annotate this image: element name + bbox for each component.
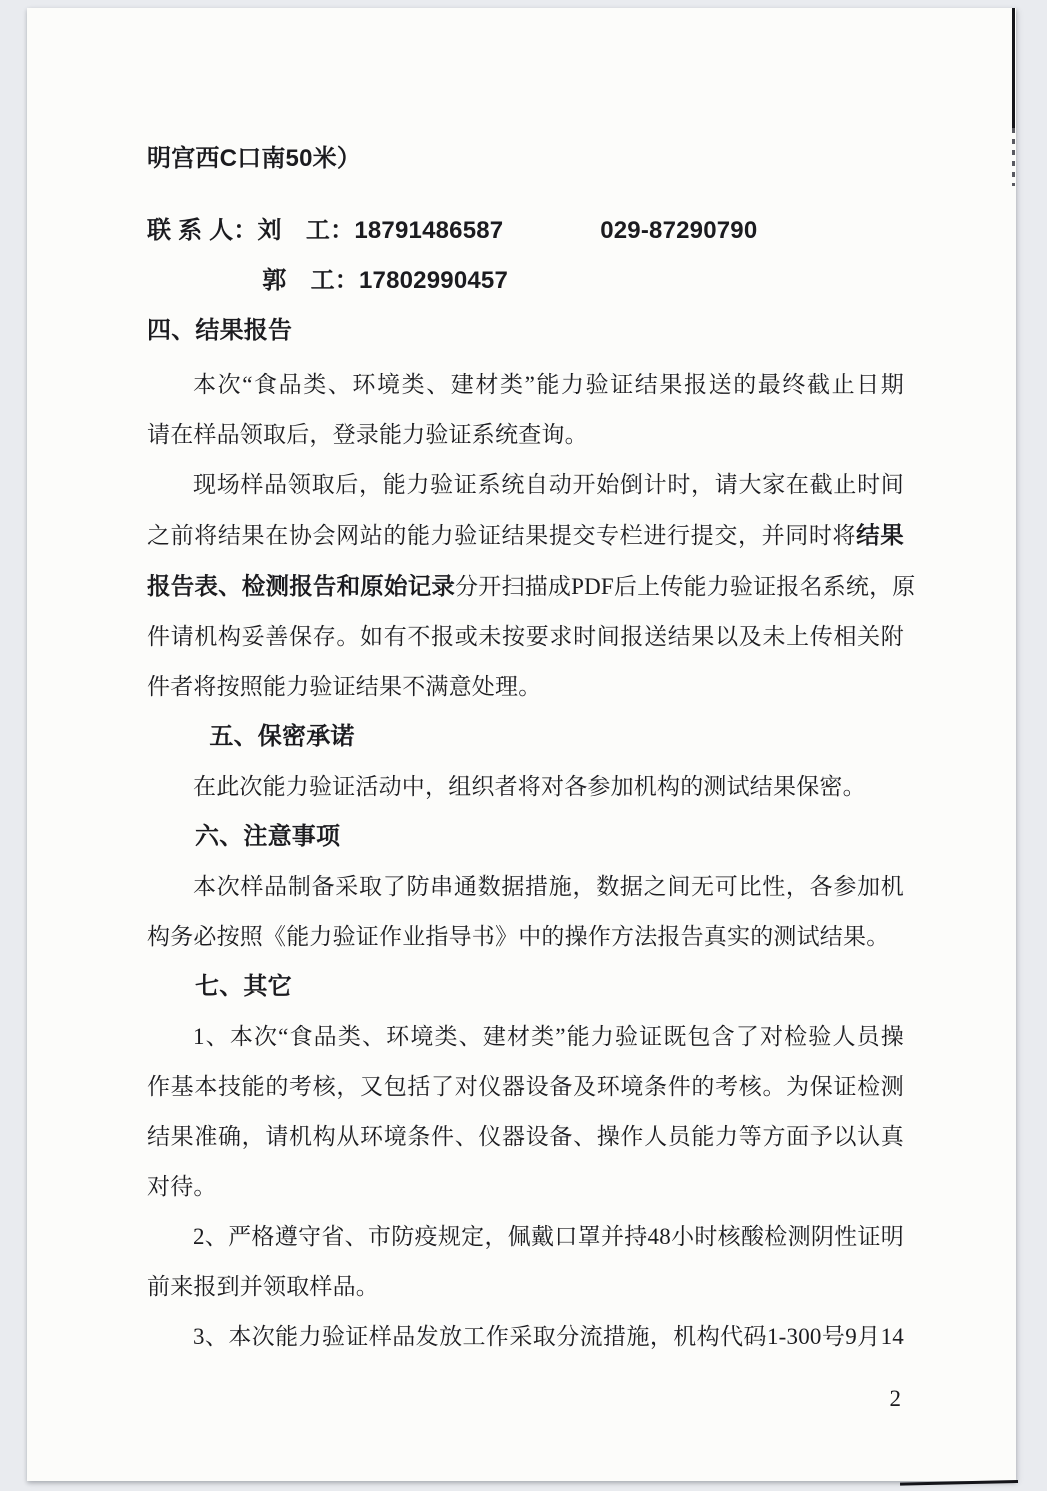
text-line: 前来报到并领取样品。 [147, 1262, 904, 1312]
contact-liu: 联 系 人：刘 工：18791486587 029-87290790 [147, 206, 904, 256]
para-other-2: 2、严格遵守省、市防疫规定，佩戴口罩并持48小时核酸检测阴性证明前来报到并领取样… [147, 1212, 904, 1312]
heading-notes: 六、注意事项 [147, 812, 904, 862]
document-page: 明宫西C口南50米）联 系 人：刘 工：18791486587 029-8729… [27, 8, 1016, 1481]
text-line: 对待。 [147, 1162, 904, 1212]
contact-line-liu: 联 系 人：刘 工：18791486587 029-87290790 [147, 206, 904, 256]
heading-section-6: 六、注意事项 [147, 812, 904, 862]
text-line: 本次样品制备采取了防串通数据措施，数据之间无可比性，各参加机 [147, 862, 904, 912]
scan-edge-dots-right [1012, 128, 1015, 186]
text-line: 构务必按照《能力验证作业指导书》中的操作方法报告真实的测试结果。 [147, 912, 904, 962]
text-line: 报告表、检测报告和原始记录分开扫描成PDF后上传能力验证报名系统，原 [147, 561, 904, 612]
para-other-1: 1、本次“食品类、环境类、建材类”能力验证既包含了对检验人员操作基本技能的考核，… [147, 1012, 904, 1212]
contact-line-guo: 郭 工：17802990457 [147, 256, 904, 306]
text-line: 现场样品领取后，能力验证系统自动开始倒计时，请大家在截止时间 [147, 460, 904, 510]
heading-section-5: 五、保密承诺 [147, 712, 904, 762]
text-line: 作基本技能的考核，又包括了对仪器设备及环境条件的考核。为保证检测 [147, 1062, 904, 1112]
text-line: 3、本次能力验证样品发放工作采取分流措施，机构代码1-300号9月14 [147, 1312, 904, 1362]
page-content: 明宫西C口南50米）联 系 人：刘 工：18791486587 029-8729… [27, 8, 1016, 1481]
text-line: 件者将按照能力验证结果不满意处理。 [147, 662, 904, 712]
address-line: 明宫西C口南50米） [147, 134, 904, 184]
para-deadline: 本次“食品类、环境类、建材类”能力验证结果报送的最终截止日期请在样品领取后，登录… [147, 360, 904, 460]
text-line: 件请机构妥善保存。如有不报或未按要求时间报送结果以及未上传相关附 [147, 612, 904, 662]
para-submission: 现场样品领取后，能力验证系统自动开始倒计时，请大家在截止时间之前将结果在协会网站… [147, 460, 904, 712]
heading-others: 七、其它 [147, 962, 904, 1012]
scan-background: 明宫西C口南50米）联 系 人：刘 工：18791486587 029-8729… [0, 0, 1047, 1491]
contact-guo: 郭 工：17802990457 [147, 256, 904, 306]
para-notes: 本次样品制备采取了防串通数据措施，数据之间无可比性，各参加机构务必按照《能力验证… [147, 862, 904, 962]
text-blocks: 明宫西C口南50米）联 系 人：刘 工：18791486587 029-8729… [147, 134, 904, 1362]
text-line: 之前将结果在协会网站的能力验证结果提交专栏进行提交，并同时将结果 [147, 510, 904, 561]
heading-confidentiality: 五、保密承诺 [147, 712, 904, 762]
para-confidentiality: 在此次能力验证活动中，组织者将对各参加机构的测试结果保密。 [147, 762, 904, 812]
heading-section-7: 七、其它 [147, 962, 904, 1012]
page-number-row: 2 [147, 1374, 904, 1424]
text-line: 结果准确，请机构从环境条件、仪器设备、操作人员能力等方面予以认真 [147, 1112, 904, 1162]
page-number: 2 [890, 1386, 902, 1411]
text-line: 2、严格遵守省、市防疫规定，佩戴口罩并持48小时核酸检测阴性证明 [147, 1212, 904, 1262]
heading-result-report: 四、结果报告 [147, 306, 904, 356]
address-continuation: 明宫西C口南50米） [147, 134, 904, 184]
text-line: 请在样品领取后，登录能力验证系统查询。 [147, 410, 904, 460]
para-other-3: 3、本次能力验证样品发放工作采取分流措施，机构代码1-300号9月14 [147, 1312, 904, 1362]
text-line: 在此次能力验证活动中，组织者将对各参加机构的测试结果保密。 [147, 762, 904, 812]
text-line: 本次“食品类、环境类、建材类”能力验证结果报送的最终截止日期 [147, 360, 904, 410]
scan-edge-line-right [1012, 8, 1015, 128]
text-line: 1、本次“食品类、环境类、建材类”能力验证既包含了对检验人员操 [147, 1012, 904, 1062]
heading-section-4: 四、结果报告 [147, 306, 904, 356]
